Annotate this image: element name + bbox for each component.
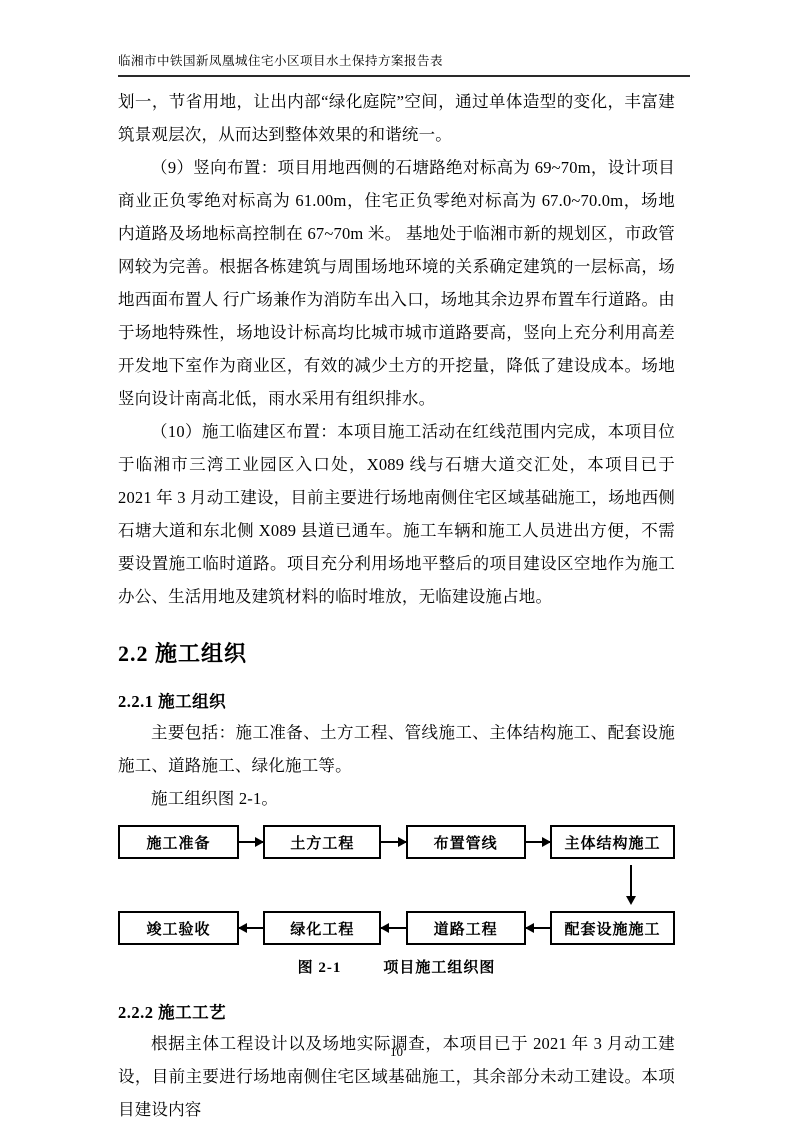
para-10-construction-temp-area: （10）施工临建区布置：本项目施工活动在红线范围内完成，本项目位于临湘市三湾工业… [118,415,675,613]
arrow-right-icon [526,841,550,843]
arrow-right-icon [381,841,405,843]
flow-box-completion-acceptance: 竣工验收 [118,911,239,945]
flow-box-earthwork: 土方工程 [263,825,381,859]
arrow-right-icon [239,841,263,843]
flowchart-row-1: 施工准备 土方工程 布置管线 主体结构施工 [118,825,675,859]
arrow-left-icon [381,927,405,929]
flow-box-pipeline: 布置管线 [406,825,526,859]
page-number: 10 [0,1044,793,1060]
arrow-down-icon [630,865,632,897]
document-page: 临湘市中铁国新凤凰城住宅小区项目水土保持方案报告表 划一，节省用地，让出内部“绿… [0,0,793,1122]
flow-box-main-structure: 主体结构施工 [550,825,675,859]
flow-box-road-works: 道路工程 [406,911,526,945]
subsection-heading-2-2-1: 2.2.1 施工组织 [118,688,675,712]
para-9-vertical-layout: （9）竖向布置：项目用地西侧的石塘路绝对标高为 69~70m，设计项目商业正负零… [118,151,675,415]
flowchart-row-2: 竣工验收 绿化工程 道路工程 配套设施施工 [118,911,675,945]
arrow-left-icon [239,927,263,929]
para-figure-reference: 施工组织图 2-1。 [118,782,675,815]
figure-caption-label: 图 2-1 [298,960,342,976]
running-header: 临湘市中铁国新凤凰城住宅小区项目水土保持方案报告表 [118,52,690,77]
flow-box-greening: 绿化工程 [263,911,381,945]
para-2-2-2-process: 根据主体工程设计以及场地实际调查，本项目已于 2021 年 3 月动工建设，目前… [118,1027,675,1122]
flowchart-connector-row [118,859,675,911]
flow-box-supporting-facilities: 配套设施施工 [550,911,675,945]
para-2-2-1-scope: 主要包括：施工准备、土方工程、管线施工、主体结构施工、配套设施施工、道路施工、绿… [118,716,675,782]
construction-flowchart: 施工准备 土方工程 布置管线 主体结构施工 竣工验收 绿化工程 道路工程 配套设… [118,825,675,977]
flow-box-preparation: 施工准备 [118,825,239,859]
figure-caption-title: 项目施工组织图 [383,960,495,976]
para-continuation: 划一，节省用地，让出内部“绿化庭院”空间，通过单体造型的变化，丰富建筑景观层次，… [118,85,675,151]
figure-caption: 图 2-1项目施工组织图 [118,956,675,977]
arrow-left-icon [526,927,550,929]
page-content: 临湘市中铁国新凤凰城住宅小区项目水土保持方案报告表 划一，节省用地，让出内部“绿… [118,52,675,1122]
section-heading-2-2: 2.2 施工组织 [118,637,675,668]
subsection-heading-2-2-2: 2.2.2 施工工艺 [118,999,675,1023]
